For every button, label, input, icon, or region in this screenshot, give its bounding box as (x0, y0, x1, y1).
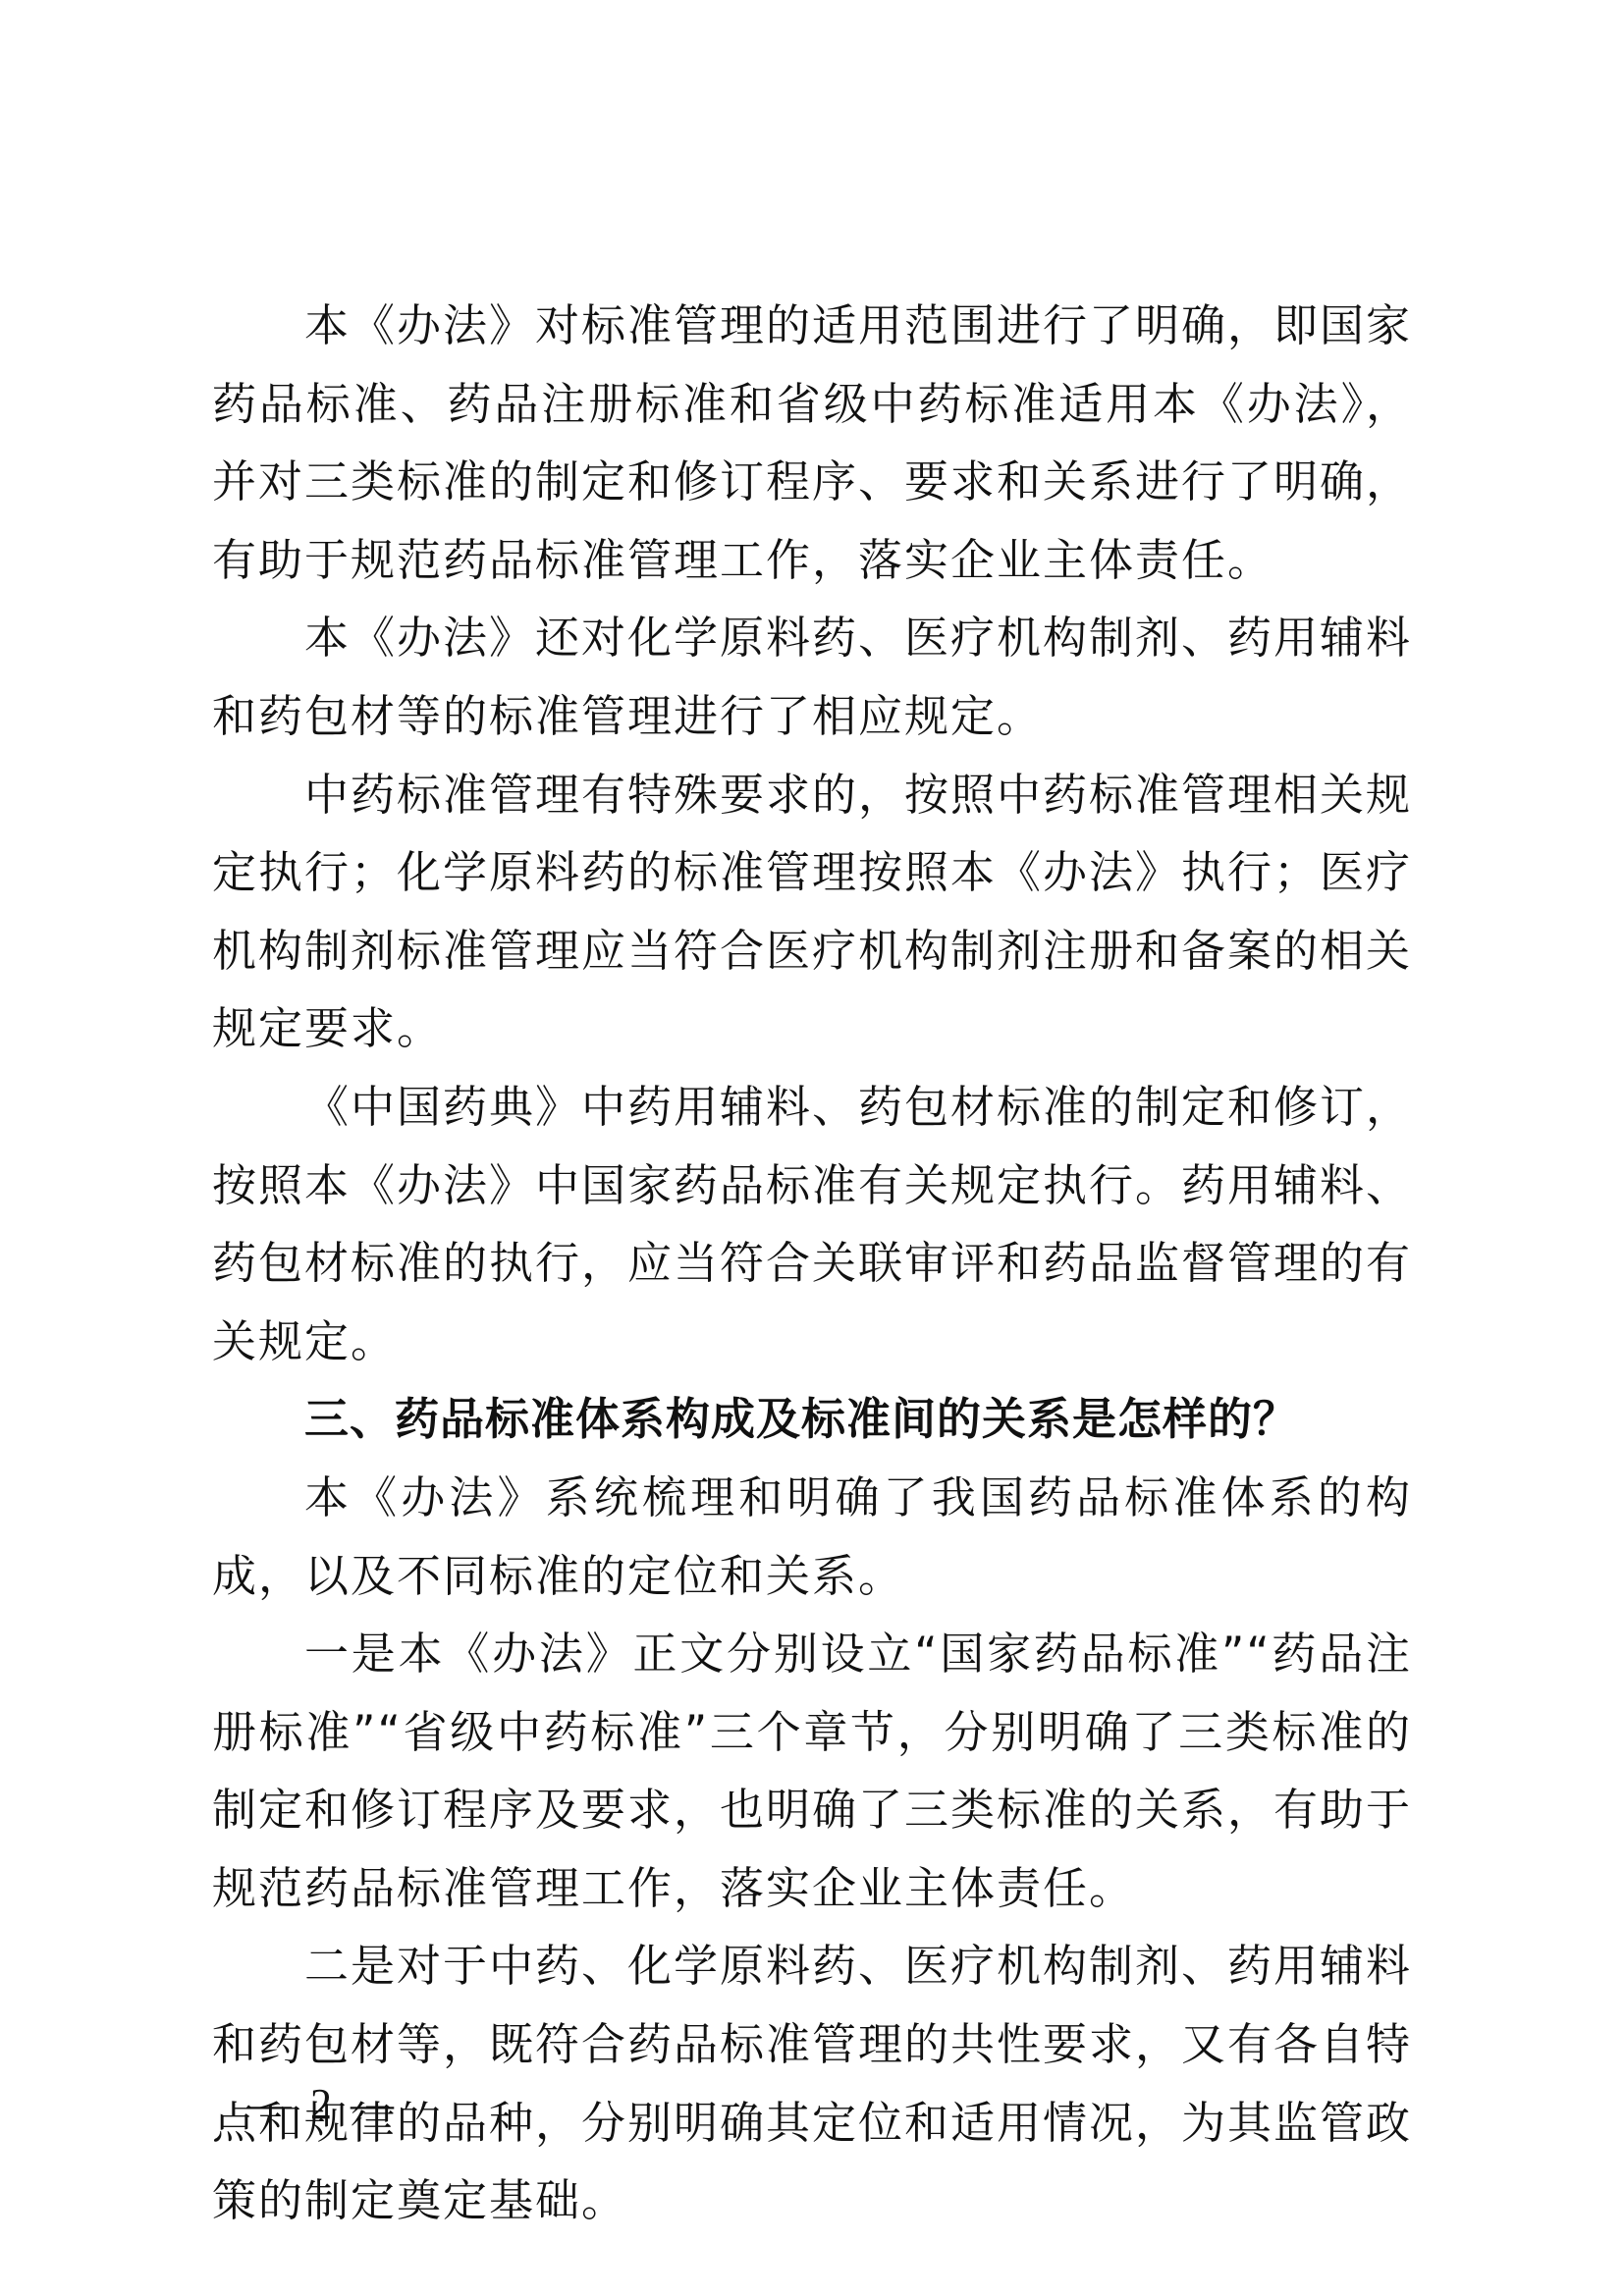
paragraph-system-overview: 本《办法》系统梳理和明确了我国药品标准体系的构成，以及不同标准的定位和关系。 (212, 1459, 1412, 1615)
document-page: 本《办法》对标准管理的适用范围进行了明确，即国家药品标准、药品注册标准和省级中药… (0, 0, 1624, 2296)
paragraph-scope: 本《办法》对标准管理的适用范围进行了明确，即国家药品标准、药品注册标准和省级中药… (212, 287, 1412, 599)
paragraph-pharmacopoeia: 《中国药典》中药用辅料、药包材标准的制定和修订，按照本《办法》中国家药品标准有关… (212, 1068, 1412, 1380)
document-body: 本《办法》对标准管理的适用范围进行了明确，即国家药品标准、药品注册标准和省级中药… (212, 287, 1412, 2240)
paragraph-other-materials: 本《办法》还对化学原料药、医疗机构制剂、药用辅料和药包材等的标准管理进行了相应规… (212, 599, 1412, 755)
paragraph-tcm-requirements: 中药标准管理有特殊要求的，按照中药标准管理相关规定执行；化学原料药的标准管理按照… (212, 756, 1412, 1068)
section-heading-3: 三、药品标准体系构成及标准间的关系是怎样的？ (212, 1380, 1412, 1459)
paragraph-point-one: 一是本《办法》正文分别设立“国家药品标准”“药品注册标准”“省级中药标准”三个章… (212, 1615, 1412, 1927)
page-number: — 2 — (248, 2079, 398, 2129)
